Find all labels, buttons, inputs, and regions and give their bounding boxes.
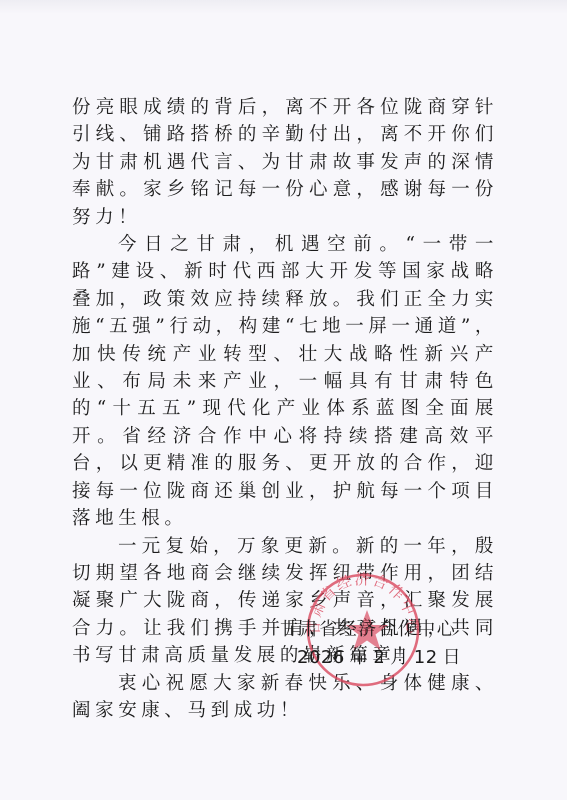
date-month: 2 — [373, 647, 385, 668]
signature-organization: 甘肃省经济合作中心 — [280, 618, 456, 642]
date-day: 12 — [414, 647, 438, 668]
paragraph-gratitude: 份亮眼成绩的背后，离不开各位陇商穿针引线、铺路搭桥的辛勤付出，离不开你们为甘肃机… — [72, 94, 498, 231]
paragraph-opportunity: 今日之甘肃，机遇空前。“一带一路”建设、新时代西部大开发等国家战略叠加，政策效应… — [72, 231, 498, 532]
date-year-unit: 年 — [350, 647, 369, 668]
date-year: 2026 — [297, 647, 345, 668]
paragraph-wishes: 衷心祝愿大家新春快乐、身体健康、阖家安康、马到成功！ — [72, 670, 498, 725]
letter-page: 份亮眼成绩的背后，离不开各位陇商穿针引线、铺路搭桥的辛勤付出，离不开你们为甘肃机… — [0, 0, 567, 800]
signature-date: 2026年2月12日 — [297, 646, 466, 670]
date-day-unit: 日 — [443, 647, 462, 668]
date-month-unit: 月 — [390, 647, 409, 668]
